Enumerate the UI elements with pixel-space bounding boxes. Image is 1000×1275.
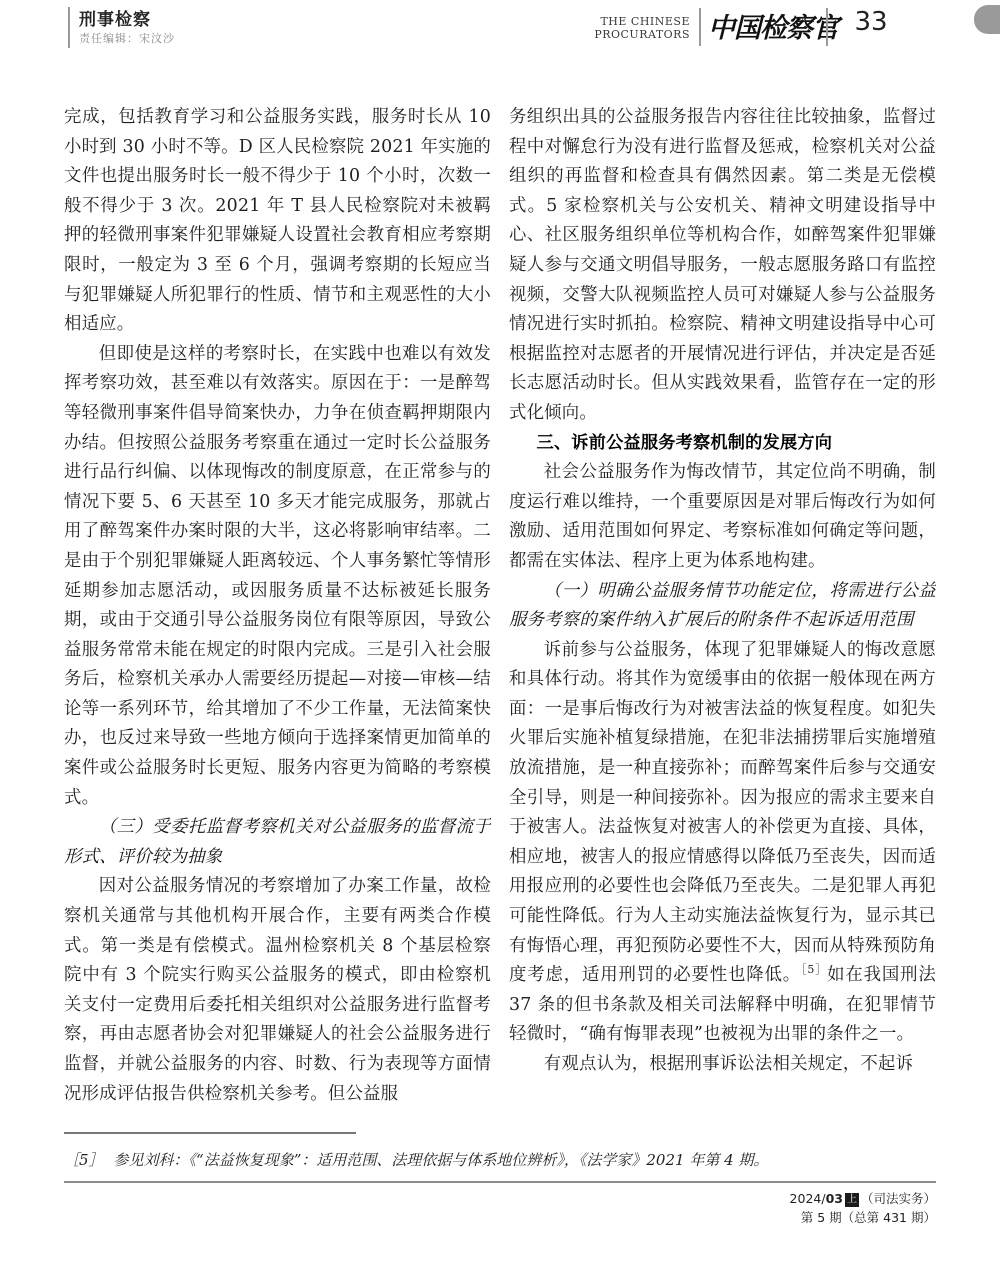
right-column: 务组织出具的公益服务报告内容往往比较抽象，监督过程中对懈怠行为没有进行监督及惩戒… [509, 103, 936, 1115]
footnote-reference-5: ［5］ [801, 963, 827, 976]
footer-half-badge: 上 [845, 1193, 859, 1207]
journal-name-english: THE CHINESE PROCURATORS [520, 15, 690, 41]
header-vertical-rule-right [826, 8, 828, 46]
footer-section-label: （司法实务） [861, 1191, 936, 1206]
left-column: 完成，包括教育学习和公益服务实践，服务时长从 10 小时到 30 小时不等。D … [64, 103, 491, 1115]
section-heading-3: 三、诉前公益服务考察机制的发展方向 [509, 429, 936, 459]
footer-rule [64, 1181, 936, 1183]
paragraph-continued: 完成，包括教育学习和公益服务实践，服务时长从 10 小时到 30 小时不等。D … [64, 103, 491, 340]
paragraph: 有观点认为，根据刑事诉讼法相关规定，不起诉 [509, 1050, 936, 1080]
paragraph-with-footnote-ref: 诉前参与公益服务，体现了犯罪嫌疑人的悔改意愿和具体行动。将其作为宽缓事由的依据一… [509, 636, 936, 1050]
paragraph-continued: 务组织出具的公益服务报告内容往往比较抽象，监督过程中对懈怠行为没有进行监督及惩戒… [509, 103, 936, 429]
footer-issue-line: 2024/03上（司法实务） [436, 1189, 936, 1207]
editor-credit: 责任编辑：宋汶沙 [79, 30, 175, 46]
footnote-separator-rule [64, 1132, 356, 1134]
footer-month: 03 [826, 1191, 843, 1206]
header-divider-bar [68, 7, 70, 48]
paragraph: 因对公益服务情况的考察增加了办案工作量，故检察机关通常与其他机构开展合作，主要有… [64, 872, 491, 1109]
header-vertical-rule-left [699, 8, 701, 46]
footnote-5: ［5］参见刘科：《“法益恢复现象”：适用范围、法理依据与体系地位辨析》，《法学家… [64, 1148, 944, 1172]
page-edge-tab [974, 5, 1000, 34]
subsection-heading-3: （三）受委托监督考察机关对公益服务的监督流于形式、评价较为抽象 [64, 813, 491, 872]
subsection-heading-1: （一）明确公益服务情节功能定位，将需进行公益服务考察的案件纳入扩展后的附条件不起… [509, 577, 936, 636]
footer-issue-detail: 第 5 期（总第 431 期） [436, 1208, 936, 1226]
page-number: 33 [848, 7, 894, 37]
paragraph: 社会公益服务作为悔改情节，其定位尚不明确，制度运行难以维持，一个重要原因是对罪后… [509, 458, 936, 576]
paragraph-text: 诉前参与公益服务，体现了犯罪嫌疑人的悔改意愿和具体行动。将其作为宽缓事由的依据一… [509, 640, 936, 986]
journal-logo-calligraphy: 中国检察官 [708, 6, 820, 45]
footnote-text: 参见刘科：《“法益恢复现象”：适用范围、法理依据与体系地位辨析》，《法学家》20… [114, 1151, 769, 1169]
footer-year-prefix: 2024/ [790, 1191, 826, 1206]
section-title: 刑事检察 [79, 5, 151, 30]
footnote-marker: ［5］ [64, 1151, 104, 1169]
journal-page: 刑事检察 责任编辑：宋汶沙 THE CHINESE PROCURATORS 中国… [0, 0, 1000, 1275]
paragraph: 但即使是这样的考察时长，在实践中也难以有效发挥考察功效，甚至难以有效落实。原因在… [64, 340, 491, 814]
